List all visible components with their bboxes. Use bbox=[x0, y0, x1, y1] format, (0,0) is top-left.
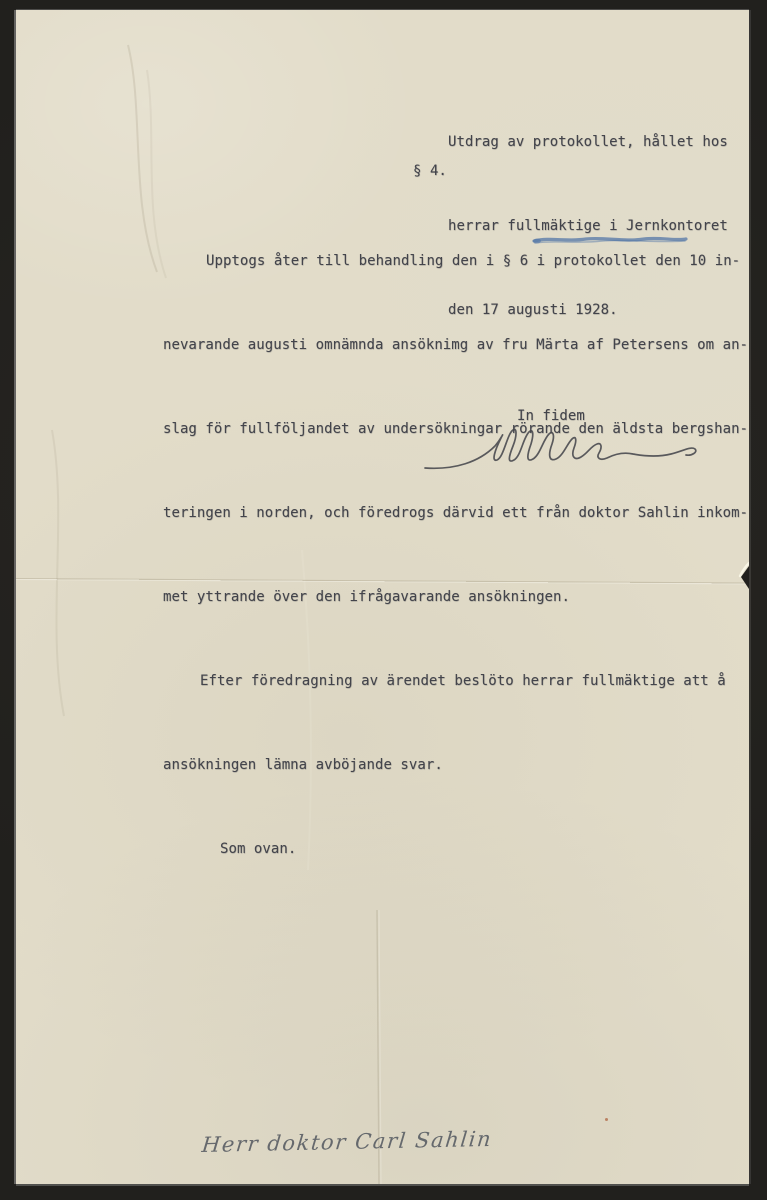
typewritten-line: nevarande augusti omnämnda ansöknimg av … bbox=[163, 331, 748, 359]
document-page: Utdrag av protokollet, hållet hos herrar… bbox=[16, 10, 749, 1184]
letter-body: Upptogs åter till behandling den i § 6 i… bbox=[163, 191, 748, 919]
handwritten-note: Herr doktor Carl Sahlin bbox=[200, 1122, 494, 1162]
scan-backdrop: Utdrag av protokollet, hållet hos herrar… bbox=[0, 0, 767, 1200]
typewritten-line: ansökningen lämna avböjande svar. bbox=[163, 751, 748, 779]
section-mark: § 4. bbox=[413, 157, 447, 185]
typewritten-line: slag för fullföljandet av undersökningar… bbox=[163, 415, 748, 443]
typewritten-line: teringen i norden, och föredrogs därvid … bbox=[163, 499, 748, 527]
typewritten-line: Efter föredragning av ärendet beslöto he… bbox=[163, 667, 748, 695]
typewritten-line: met yttrande över den ifrågavarande ansö… bbox=[163, 583, 748, 611]
header-line: Utdrag av protokollet, hållet hos bbox=[448, 128, 728, 156]
in-fidem-label: In fidem bbox=[517, 402, 585, 430]
typewritten-line: Upptogs åter till behandling den i § 6 i… bbox=[163, 247, 748, 275]
typewritten-line: Som ovan. bbox=[163, 835, 748, 863]
paper-speck bbox=[605, 1118, 608, 1121]
